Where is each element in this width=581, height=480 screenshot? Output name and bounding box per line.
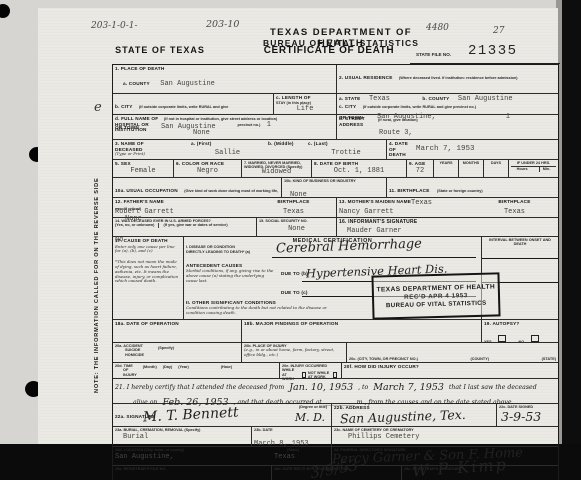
header-state-of-texas: STATE OF TEXAS bbox=[102, 45, 218, 55]
first-value: Sallie bbox=[191, 149, 264, 157]
field-paren: (If outside corporate limits, write RURA… bbox=[363, 105, 476, 109]
field-length-of-stay: c. LENGTH OF STAY (in this place) Life bbox=[273, 94, 336, 114]
field-label: 23b. DATE bbox=[254, 428, 329, 432]
handwritten-file-annotation: 203-1-0-1- bbox=[91, 21, 138, 31]
field-label: 20f. HOW DID INJURY OCCUR? bbox=[344, 364, 556, 370]
degree-label: (Degree or title) bbox=[299, 405, 327, 409]
cause-note-1: Enter only one cause per line for (a), (… bbox=[115, 245, 181, 255]
interval-label: INTERVAL BETWEEN ONSET AND DEATH bbox=[484, 238, 556, 247]
field-place-of-death: 1. PLACE OF DEATH a. COUNTY San Augustin… bbox=[113, 65, 336, 93]
hospital-value: None bbox=[193, 129, 210, 137]
field-father-name: 12. FATHER'S NAME Robert Garrett bbox=[113, 198, 251, 217]
field-label: 13. MOTHER'S MAIDEN NAME bbox=[339, 199, 469, 205]
field-label: 11. BIRTHPLACE bbox=[389, 188, 430, 193]
field-date-of-death: 4. DATE OF DEATH March 7, 1953 bbox=[386, 140, 558, 159]
row-registrar: 25a. REGISTRAR'S FILE NO. 25b. DATE REC'… bbox=[113, 465, 558, 480]
last-label: c. (Last) bbox=[308, 141, 384, 147]
due-to-b-label: DUE TO (b) bbox=[281, 271, 308, 277]
dob-value: Oct. 1, 1881 bbox=[314, 167, 404, 175]
county-value: San Augustine bbox=[160, 80, 215, 88]
dod-value: March 7, 1953 bbox=[416, 145, 475, 153]
field-label3: DEATH bbox=[389, 152, 408, 158]
specify-label: (Specify) bbox=[158, 344, 174, 357]
field-label: 25a. REGISTRAR'S FILE NO. bbox=[115, 467, 269, 471]
not-while-at-work-label: NOT WHILE AT WORK bbox=[308, 371, 331, 380]
row-occupation: 10a. USUAL OCCUPATION (Give kind of work… bbox=[113, 177, 558, 197]
location-value: San Augustine, bbox=[115, 453, 174, 461]
field-middle-name: b. (Middle) bbox=[266, 140, 306, 159]
cause-note-2: *This does not mean the mode of dying, s… bbox=[115, 260, 181, 284]
mother-value: Nancy Garrett bbox=[339, 208, 469, 216]
min-label: Min. bbox=[539, 167, 551, 171]
under-24-label: IF UNDER 24 HRS. bbox=[511, 161, 556, 165]
state-file-no-value: 21335 bbox=[468, 43, 518, 59]
race-value: Negro bbox=[176, 167, 239, 175]
row-name-dod: 3. NAME OF DECEASED (Type or Print) a. (… bbox=[113, 139, 558, 159]
field-registrar-signature: 25c. REGISTRAR'S SIGNATURE W P Kimp bbox=[401, 466, 558, 480]
field-label: 17. CAUSE OF DEATH bbox=[115, 238, 181, 244]
address-value: San Augustine, Tex. bbox=[340, 407, 466, 426]
field-color-race: 6. COLOR OR RACE Negro bbox=[173, 160, 241, 177]
row-injury-time: 20d. TIME OF INJURY (Month) (Day) (Year)… bbox=[113, 362, 558, 378]
field-paren: (If outside corporate limits, write RURA… bbox=[139, 105, 228, 109]
certify-line-1: 21. I hereby certify that I attended the… bbox=[115, 380, 556, 395]
ssn-value: None bbox=[259, 225, 334, 233]
middle-label: b. (Middle) bbox=[268, 141, 304, 147]
field-label: 4. DATE bbox=[389, 141, 408, 147]
field-registrar-date: 25b. DATE REC'D BY LOCAL REGISTRAR 3/9/5… bbox=[271, 466, 401, 480]
while-at-work-checkbox bbox=[302, 372, 306, 378]
field-sex: 5. SEX Female bbox=[113, 160, 173, 177]
disease-label: I. DISEASE OR CONDITION bbox=[186, 245, 256, 249]
disease-label2: DIRECTLY LEADING TO DEATH* (a) bbox=[186, 250, 266, 254]
days-label: DAYS bbox=[486, 161, 506, 165]
informant-value: Mauder Garner bbox=[347, 227, 556, 235]
field-last-name: c. (Last) Trottie bbox=[306, 140, 386, 159]
field-certify-statement: 21. I hereby certify that I attended the… bbox=[113, 379, 558, 403]
field-how-injury-occurred: 20f. HOW DID INJURY OCCUR? bbox=[341, 363, 558, 378]
field-age-years: YEARS bbox=[433, 160, 458, 177]
field-ssn: 15. SOCIAL SECURITY NO. None bbox=[256, 218, 336, 236]
handwritten-number: 27 bbox=[493, 26, 504, 36]
autopsy-yes-checkbox bbox=[498, 335, 506, 342]
state-label: (State) bbox=[287, 448, 299, 452]
field-burial: 23a. BURIAL, CREMATION, REMOVAL (Specify… bbox=[113, 427, 251, 446]
field-label: c. CITY bbox=[339, 104, 356, 109]
field-label: d. FULL NAME OF bbox=[115, 116, 161, 122]
field-label: b. CITY bbox=[115, 104, 133, 109]
field-age: 9. AGE 72 bbox=[406, 160, 433, 177]
father-birthplace-value: Texas bbox=[253, 208, 334, 216]
field-injury-occurred: 20e. INJURY OCCURRED WHILE AT WORK NOT W… bbox=[279, 363, 341, 378]
injury-city-label: 20c. (CITY, TOWN, OR PRECINCT NO.) bbox=[349, 357, 418, 361]
injury-state-label: (STATE) bbox=[542, 357, 556, 361]
row-demographics: 5. SEX Female 6. COLOR OR RACE Negro 7. … bbox=[113, 159, 558, 177]
certify-text: that I last saw the deceased bbox=[449, 384, 537, 391]
certify-from-date: Jan. 10, 1953 bbox=[289, 382, 353, 393]
field-first-name: a. (First) Sallie bbox=[189, 140, 266, 159]
burial-value: Burial bbox=[123, 433, 249, 441]
field-name-of-deceased: 3. NAME OF DECEASED (Type or Print) bbox=[113, 140, 189, 159]
mother-birthplace-value: Texas bbox=[473, 208, 556, 216]
field-place-of-injury: 20b. PLACE OF INJURY (e.g., in or about … bbox=[241, 343, 346, 362]
reverse-side-margin-note: NOTE: THE INFORMATION CALLED FOR ON THE … bbox=[94, 113, 100, 393]
field-burial-date: 23b. DATE March 8, 1953 bbox=[251, 427, 331, 446]
year-label: (Year) bbox=[178, 364, 189, 369]
injury-county-label: (COUNTY) bbox=[470, 357, 489, 361]
autopsy-no-checkbox bbox=[531, 335, 539, 342]
field-label: 23a. BURIAL, CREMATION, REMOVAL (Specify… bbox=[115, 428, 249, 432]
field-label: 12. FATHER'S NAME bbox=[115, 199, 249, 205]
years-label: YEARS bbox=[436, 161, 456, 165]
day-label: (Day) bbox=[163, 364, 173, 369]
field-time-of-injury: 20d. TIME OF INJURY (Month) (Day) (Year)… bbox=[113, 363, 279, 378]
scan-corner-mark bbox=[0, 4, 10, 18]
hour-label: (Hour) bbox=[221, 364, 232, 369]
field-label: 10b. KIND OF BUSINESS OR INDUSTRY bbox=[284, 179, 384, 183]
field-label: 23c. NAME OF CEMETERY OR CREMATORY bbox=[334, 428, 556, 432]
field-date-of-birth: 8. DATE OF BIRTH Oct. 1, 1881 bbox=[311, 160, 406, 177]
degree-value: M. D. bbox=[295, 411, 325, 424]
field-label: 18b. MAJOR FINDINGS OF OPERATION bbox=[244, 321, 479, 327]
birthplace-label: BIRTHPLACE bbox=[473, 199, 556, 205]
field-age-days: DAYS bbox=[483, 160, 508, 177]
last-value: Trottie bbox=[308, 149, 384, 157]
field-usual-occupation: 10a. USUAL OCCUPATION (Give kind of work… bbox=[113, 178, 281, 197]
field-label: 10a. USUAL OCCUPATION bbox=[115, 188, 178, 193]
field-autopsy: 19. AUTOPSY? YES NO bbox=[481, 320, 558, 342]
field-operation-findings: 18b. MAJOR FINDINGS OF OPERATION bbox=[241, 320, 481, 342]
row-physician-signature: 22a. SIGNATURE (Degree or title) M. T. B… bbox=[113, 403, 558, 426]
cemetery-value: Phillips Cemetery bbox=[348, 433, 556, 441]
field-label: 1. PLACE OF DEATH bbox=[115, 66, 334, 72]
field-paren: (Where deceased lived. If institution: r… bbox=[399, 76, 518, 80]
field-marital-status: 7. MARRIED, NEVER MARRIED, WIDOWED, DIVO… bbox=[241, 160, 311, 177]
row-city-stay: b. CITY (If outside corporate limits, wr… bbox=[113, 93, 558, 114]
certify-to-date: March 7, 1953 bbox=[373, 382, 444, 393]
row-burial: 23a. BURIAL, CREMATION, REMOVAL (Specify… bbox=[113, 426, 558, 446]
field-paren2: (If yes, give war or dates of service) bbox=[158, 223, 227, 227]
field-injury-location: 20c. (CITY, TOWN, OR PRECINCT NO.) (COUN… bbox=[346, 343, 558, 362]
row-parents: 12. FATHER'S NAME Robert Garrett BIRTHPL… bbox=[113, 197, 558, 217]
field-armed-forces: 14. WAS DECEASED EVER IN U.S. ARMED FORC… bbox=[113, 218, 256, 236]
row-injury-place: 20a. ACCIDENT SUICIDE HOMICIDE (Specify)… bbox=[113, 342, 558, 362]
field-mother-name: 13. MOTHER'S MAIDEN NAME Nancy Garrett bbox=[336, 198, 471, 217]
field-label: 18a. DATE OF OPERATION bbox=[115, 321, 239, 327]
first-label: a. (First) bbox=[191, 141, 264, 147]
certificate-paper: 203-1-0-1- 203-10 4480 27 e TEXAS DEPART… bbox=[38, 8, 558, 444]
field-usual-residence: 2. USUAL RESIDENCE (Where deceased lived… bbox=[336, 65, 558, 93]
location-state-value: Texas bbox=[274, 453, 295, 461]
field-label3: HOMICIDE bbox=[125, 353, 144, 357]
due-to-c-label: DUE TO (c) bbox=[281, 290, 308, 296]
field-label: 15. SOCIAL SECURITY NO. bbox=[259, 219, 334, 223]
certificate-title: CERTIFICATE OF DEATH bbox=[244, 45, 414, 56]
cause-a-line bbox=[272, 257, 476, 258]
field-age-months: MONTHS bbox=[458, 160, 483, 177]
interval-divider bbox=[482, 258, 559, 259]
field-cause-of-death-notes: 17. CAUSE OF DEATH Enter only one cause … bbox=[113, 237, 183, 319]
field-paren: (Type or Print) bbox=[115, 152, 187, 157]
field-city-of-death: b. CITY (If outside corporate limits, wr… bbox=[113, 94, 273, 114]
month-label: (Month) bbox=[143, 364, 157, 369]
row-forces-ssn-informant: 14. WAS DECEASED EVER IN U.S. ARMED FORC… bbox=[113, 217, 558, 236]
field-mother-birthplace: BIRTHPLACE Texas bbox=[471, 198, 558, 217]
field-street-address: d. STREET ADDRESS (If rural, give locati… bbox=[336, 115, 558, 139]
field-paren: (State or foreign country) bbox=[437, 189, 483, 193]
field-accident-suicide-homicide: 20a. ACCIDENT SUICIDE HOMICIDE (Specify) bbox=[113, 343, 241, 362]
field-label: 2. USUAL RESIDENCE bbox=[339, 75, 393, 80]
field-business-industry: 10b. KIND OF BUSINESS OR INDUSTRY None bbox=[281, 178, 386, 197]
field-paren1: (Yes, no, or unknown) bbox=[115, 223, 154, 227]
field-paren: (e.g., in or about home, farm, factory, … bbox=[244, 348, 344, 358]
father-value: Robert Garrett bbox=[115, 208, 249, 216]
field-label: 16. INFORMANT'S SIGNATURE bbox=[339, 219, 556, 225]
other-conditions-note: Conditions contributing to the death but… bbox=[186, 306, 336, 316]
field-label: 23d. LOCATION (City, town, or county) bbox=[115, 448, 184, 452]
county-label: a. COUNTY bbox=[123, 81, 150, 86]
field-label: 19. AUTOPSY? bbox=[484, 321, 556, 327]
field-birthplace: 11. BIRTHPLACE (State or foreign country… bbox=[386, 178, 558, 197]
field-age-under-24h: IF UNDER 24 HRS. Hours Min. bbox=[508, 160, 558, 177]
stay-value: Life bbox=[276, 105, 334, 113]
field-physician-signature: 22a. SIGNATURE (Degree or title) M. T. B… bbox=[113, 404, 331, 426]
field-paren: (If rural, give location) bbox=[378, 116, 418, 127]
scan-black-band-right bbox=[562, 0, 581, 480]
field-date-of-operation: 18a. DATE OF OPERATION bbox=[113, 320, 241, 342]
field-burial-location: 23d. LOCATION (City, town, or county) (S… bbox=[113, 447, 331, 465]
field-paren: (If not in hospital or institution, give… bbox=[164, 116, 314, 133]
not-while-at-work-checkbox bbox=[333, 372, 337, 378]
field-residence-city: c. CITY (If outside corporate limits, wr… bbox=[336, 94, 558, 114]
field-label3: INJURY bbox=[123, 373, 137, 377]
months-label: MONTHS bbox=[461, 161, 481, 165]
state-file-no-label: STATE FILE NO. bbox=[416, 52, 451, 57]
signature-value: M. T. Bennett bbox=[143, 405, 239, 426]
street-value: Route 3, bbox=[379, 129, 413, 137]
row-hospital-street: d. FULL NAME OF HOSPITAL OR INSTITUTION … bbox=[113, 114, 558, 139]
field-label3: INSTITUTION bbox=[115, 127, 161, 133]
field-informant-signature: 16. INFORMANT'S SIGNATURE Mauder Garner bbox=[336, 218, 558, 236]
birthplace-label: BIRTHPLACE bbox=[253, 199, 334, 205]
age-value: 72 bbox=[409, 167, 431, 175]
field-physician-address: 22b. ADDRESS San Augustine, Tex. bbox=[331, 404, 496, 426]
row-place-residence: 1. PLACE OF DEATH a. COUNTY San Augustin… bbox=[113, 65, 558, 93]
field-registrar-file-no: 25a. REGISTRAR'S FILE NO. bbox=[113, 466, 271, 480]
field-father-birthplace: BIRTHPLACE Texas bbox=[251, 198, 336, 217]
hours-label: Hours bbox=[517, 167, 528, 171]
certify-text: , to bbox=[358, 384, 368, 391]
handwritten-file-annotation: 203-10 bbox=[206, 19, 239, 30]
scanned-death-certificate: 203-1-0-1- 203-10 4480 27 e TEXAS DEPART… bbox=[0, 0, 581, 480]
field-hospital: d. FULL NAME OF HOSPITAL OR INSTITUTION … bbox=[113, 115, 336, 139]
date-signed-value: 3-9-53 bbox=[501, 409, 541, 424]
row-certify-statement: 21. I hereby certify that I attended the… bbox=[113, 378, 558, 403]
certify-text: 21. I hereby certify that I attended the… bbox=[115, 384, 284, 391]
field-label2: ADDRESS bbox=[339, 122, 373, 128]
field-cemetery: 23c. NAME OF CEMETERY OR CREMATORY Phill… bbox=[331, 427, 558, 446]
antecedent-note: Morbid conditions, if any, giving rise t… bbox=[186, 269, 276, 283]
row-operation: 18a. DATE OF OPERATION 18b. MAJOR FINDIN… bbox=[113, 319, 558, 342]
field-date-signed: 22c. DATE SIGNED 3-9-53 bbox=[496, 404, 558, 426]
sex-value: Female bbox=[115, 167, 171, 175]
received-stamp: TEXAS DEPARTMENT OF HEALTH REC'D APR 4 1… bbox=[371, 272, 500, 319]
